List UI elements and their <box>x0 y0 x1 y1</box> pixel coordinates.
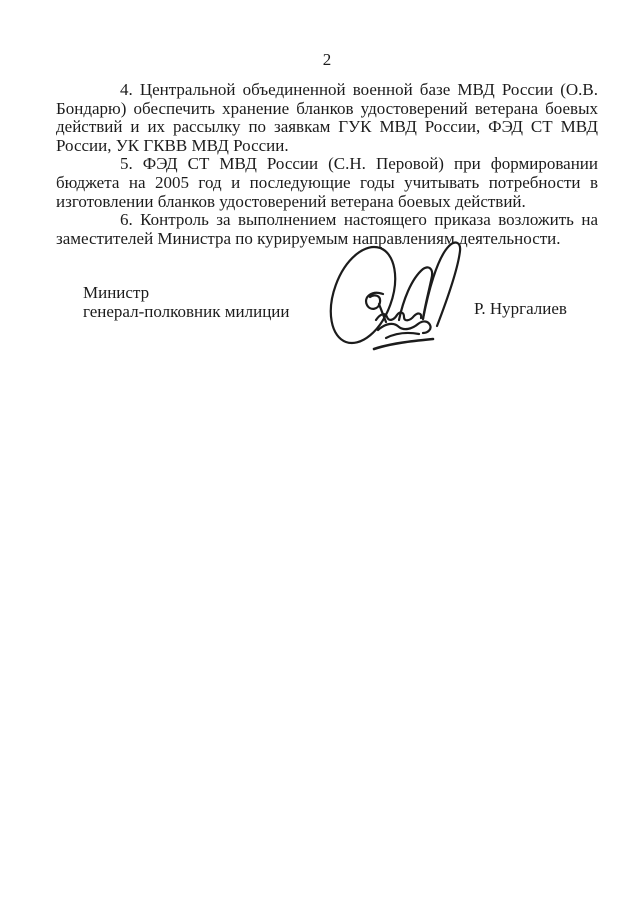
signature-icon <box>320 238 480 363</box>
document-body: 4. Центральной объединенной военной базе… <box>56 81 598 248</box>
paragraph-item-5: 5. ФЭД СТ МВД России (С.Н. Перовой) при … <box>56 155 598 211</box>
signer-title-line1: Министр <box>83 284 290 303</box>
signer-name: Р. Нургалиев <box>474 300 567 319</box>
document-page: 2 4. Центральной объединенной военной ба… <box>0 0 640 905</box>
signer-title: Министр генерал-полковник милиции <box>83 284 290 321</box>
paragraph-item-4: 4. Центральной объединенной военной базе… <box>56 81 598 155</box>
page-number: 2 <box>56 51 598 70</box>
signer-title-line2: генерал-полковник милиции <box>83 303 290 322</box>
